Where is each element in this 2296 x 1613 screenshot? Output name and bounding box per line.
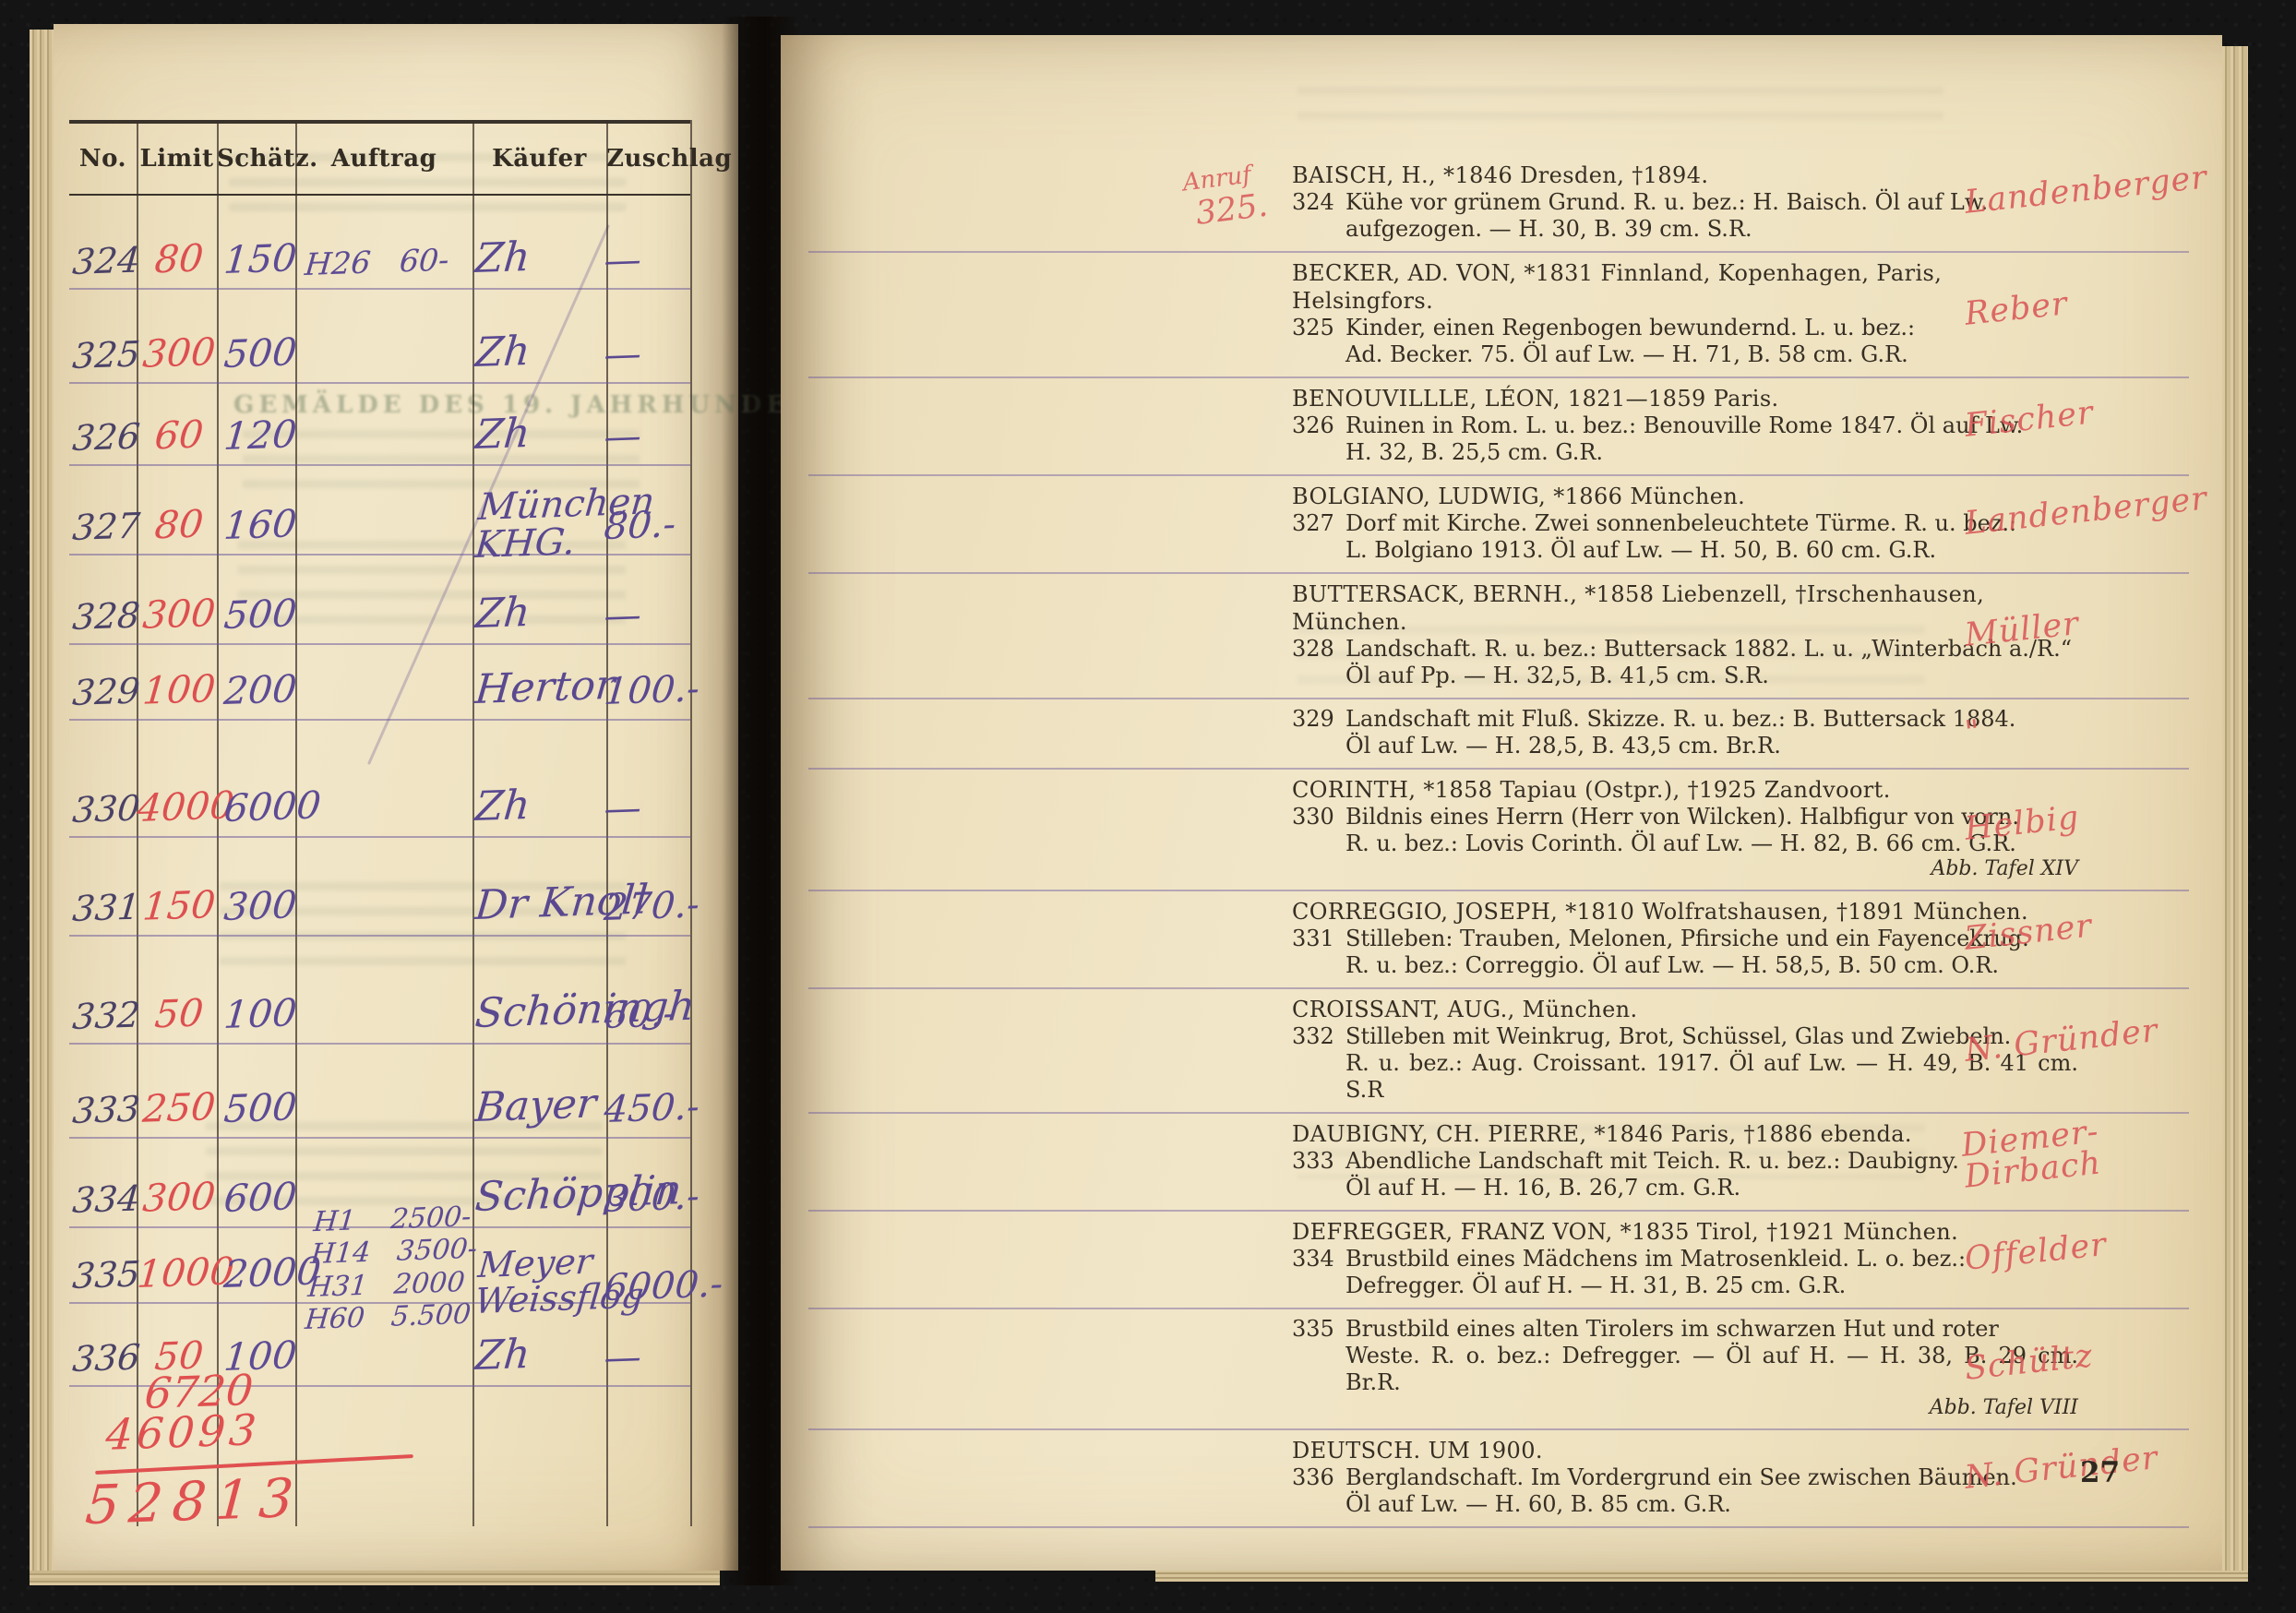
- hammer-price: —: [603, 240, 699, 281]
- entry-body: 334 Brustbild eines Mädchens im Matrosen…: [1292, 1246, 2078, 1299]
- artist-heading: BAISCH, H., *1846 Dresden, †1894.: [1292, 161, 2078, 189]
- column-header-no: No.: [69, 145, 137, 173]
- hammer-price: 300.-: [603, 1178, 699, 1219]
- lot-number: 334: [71, 1181, 139, 1219]
- hammer-price: —: [603, 595, 699, 636]
- estimate-value: 500: [222, 594, 311, 636]
- estimate-value: 6000: [222, 787, 311, 829]
- limit-value: 250: [136, 1088, 222, 1129]
- hammer-price: —: [603, 1337, 699, 1378]
- limit-value: 50: [136, 994, 222, 1035]
- estimate-value: 150: [222, 239, 311, 281]
- book-scan: GEMÄLDE DES 19. JAHRHUNDERTS No. Limit S…: [0, 0, 2296, 1613]
- column-header-limit: Limit: [137, 145, 217, 173]
- estimate-value: 300: [222, 886, 311, 927]
- order-note: [304, 629, 489, 636]
- limit-value: 150: [136, 886, 222, 927]
- artist-heading: DEFREGGER, FRANZ VON, *1835 Tirol, †1921…: [1292, 1218, 2078, 1246]
- lot-number: 333: [71, 1092, 139, 1129]
- lot-number: 335: [71, 1257, 139, 1295]
- order-note: [304, 822, 489, 829]
- ledger-row: 332 50 100 Schöningh 60.-: [69, 937, 690, 1045]
- artist-heading: BUTTERSACK, BERNH., *1858 Liebenzell, †I…: [1292, 580, 2078, 636]
- limit-value: 1000: [136, 1253, 222, 1295]
- estimate-value: 500: [222, 333, 311, 375]
- page-number: 27: [2080, 1456, 2120, 1489]
- hammer-price: —: [603, 788, 699, 829]
- ledger-row: 330 4000 6000 Zh —: [69, 721, 690, 838]
- catalog-page: Anruf 325. BAISCH, H., *1846 Dresden, †1…: [781, 35, 2222, 1571]
- entry-body: 336 Berglandschaft. Im Vordergrund ein S…: [1292, 1464, 2078, 1518]
- limit-value: 100: [136, 670, 222, 711]
- red-margin-note: ": [1963, 692, 2209, 749]
- order-note: [304, 540, 489, 546]
- artist-heading: CORREGGIO, JOSEPH, *1810 Wolfratshausen,…: [1292, 898, 2078, 926]
- red-margin-note: Diemer- Dirbach: [1960, 1105, 2210, 1193]
- hammer-price: 450.-: [603, 1089, 699, 1129]
- plate-reference: Abb. Tafel XIV: [1292, 857, 2110, 881]
- ledger-row: 327 80 160 München KHG. 80.-: [69, 466, 690, 556]
- catalog-entry: BENOUVILLLE, LÉON, 1821—1859 Paris. 326 …: [808, 378, 2189, 476]
- entry-body: 332 Stilleben mit Weinkrug, Brot, Schüss…: [1292, 1023, 2078, 1104]
- order-note: H26 60-: [304, 243, 492, 281]
- order-note: [304, 368, 489, 375]
- bleed-through-text: [1297, 87, 1943, 131]
- limit-value: 60: [136, 415, 222, 457]
- limit-value: 300: [136, 333, 222, 375]
- entry-lot-number: 330: [1292, 804, 1345, 857]
- entry-lot-number: 326: [1292, 412, 1345, 466]
- entry-lot-number: 336: [1292, 1464, 1345, 1518]
- hammer-price: 270.-: [603, 887, 699, 927]
- entry-body: 324 Kühe vor grünem Grund. R. u. bez.: H…: [1292, 189, 2078, 243]
- ledger-row: 331 150 300 Dr Knoll 270.-: [69, 838, 690, 937]
- entry-lot-number: 331: [1292, 926, 1345, 979]
- entry-body: 325 Kinder, einen Regenbogen bewundernd.…: [1292, 315, 2078, 368]
- estimate-value: 600: [222, 1177, 311, 1219]
- column-header-zuschlag: Zuschlag: [606, 145, 690, 173]
- entry-lot-number: 332: [1292, 1023, 1345, 1104]
- ledger-row: 326 60 120 Zh —: [69, 384, 690, 466]
- plate-reference: Abb. Tafel VIII: [1292, 1396, 2110, 1420]
- entry-body: 333 Abendliche Landschaft mit Teich. R. …: [1292, 1148, 2078, 1201]
- hammer-price: 60.-: [603, 995, 699, 1035]
- limit-value: 80: [136, 505, 222, 546]
- ledger-row: 328 300 500 Zh —: [69, 556, 690, 645]
- entry-lot-number: 329: [1292, 706, 1345, 759]
- ledger-table-header: No. Limit Schätz. Auftrag Käufer Zuschla…: [69, 120, 690, 196]
- limit-value: 80: [136, 239, 222, 281]
- entry-body: 330 Bildnis eines Herrn (Herr von Wilcke…: [1292, 804, 2078, 857]
- lot-number: 331: [71, 890, 139, 927]
- ledger-row: 333 250 500 Bayer 450.-: [69, 1045, 690, 1139]
- ledger-page: GEMÄLDE DES 19. JAHRHUNDERTS No. Limit S…: [54, 24, 738, 1571]
- lot-number: 330: [71, 791, 139, 829]
- catalog-entry: DAUBIGNY, CH. PIERRE, *1846 Paris, †1886…: [808, 1114, 2189, 1212]
- lot-number: 329: [71, 674, 139, 711]
- column-header-kaeufer: Käufer: [472, 145, 606, 173]
- lot-number: 327: [71, 508, 139, 546]
- order-note: [304, 1029, 489, 1035]
- entry-body: 328 Landschaft. R. u. bez.: Buttersack 1…: [1292, 636, 2078, 689]
- catalog-entry: CORREGGIO, JOSEPH, *1810 Wolfratshausen,…: [808, 891, 2189, 989]
- catalog-entry: BECKER, AD. VON, *1831 Finnland, Kopenha…: [808, 253, 2189, 378]
- catalog-entry: DEFREGGER, FRANZ VON, *1835 Tirol, †1921…: [808, 1212, 2189, 1309]
- entry-lot-number: 325: [1292, 315, 1345, 368]
- limit-value: 300: [136, 594, 222, 636]
- lot-number: 328: [71, 598, 139, 636]
- lot-number: 326: [71, 419, 139, 457]
- lot-number: 325: [71, 337, 139, 375]
- artist-heading: CROISSANT, AUG., München.: [1292, 996, 2078, 1023]
- lot-number: 332: [71, 998, 139, 1035]
- artist-heading: BENOUVILLLE, LÉON, 1821—1859 Paris.: [1292, 385, 2078, 412]
- catalog-entry: BOLGIANO, LUDWIG, *1866 München. 327 Dor…: [808, 476, 2189, 574]
- entry-body: 326 Ruinen in Rom. L. u. bez.: Benouvill…: [1292, 412, 2078, 466]
- artist-heading: BECKER, AD. VON, *1831 Finnland, Kopenha…: [1292, 259, 2078, 315]
- catalog-entries: BAISCH, H., *1846 Dresden, †1894. 324 Kü…: [808, 155, 2189, 1528]
- lot-number: 324: [71, 243, 139, 281]
- estimate-value: 120: [222, 415, 311, 457]
- subtotal-value: 46093: [104, 1404, 262, 1460]
- artist-heading: DEUTSCH. UM 1900.: [1292, 1437, 2078, 1464]
- order-note: [304, 705, 489, 711]
- catalog-entry: 329 Landschaft mit Fluß. Skizze. R. u. b…: [808, 699, 2189, 770]
- hammer-price: —: [603, 334, 699, 375]
- limit-value: 300: [136, 1177, 222, 1219]
- catalog-entry: CROISSANT, AUG., München. 332 Stilleben …: [808, 989, 2189, 1114]
- entry-body: 327 Dorf mit Kirche. Zwei sonnenbeleucht…: [1292, 510, 2078, 564]
- estimate-value: 160: [222, 505, 311, 546]
- artist-heading: BOLGIANO, LUDWIG, *1866 München.: [1292, 483, 2078, 510]
- entry-lot-number: 335: [1292, 1316, 1345, 1396]
- hammer-price: —: [603, 416, 699, 457]
- ledger-row: 325 300 500 Zh —: [69, 290, 690, 384]
- entry-body: 335 Brustbild eines alten Tirolers im sc…: [1292, 1316, 2078, 1396]
- catalog-entry: BAISCH, H., *1846 Dresden, †1894. 324 Kü…: [808, 155, 2189, 253]
- artist-heading: CORINTH, *1858 Tapiau (Ostpr.), †1925 Za…: [1292, 776, 2078, 804]
- entry-body: 331 Stilleben: Trauben, Melonen, Pfirsic…: [1292, 926, 2078, 979]
- hammer-price: 6000.-: [603, 1267, 699, 1308]
- order-note: [304, 450, 489, 457]
- estimate-value: 100: [222, 994, 311, 1035]
- catalog-entry: BUTTERSACK, BERNH., *1858 Liebenzell, †I…: [808, 574, 2189, 699]
- order-note: [304, 921, 489, 927]
- entry-body: 329 Landschaft mit Fluß. Skizze. R. u. b…: [1292, 706, 2078, 759]
- entry-lot-number: 334: [1292, 1246, 1345, 1299]
- hammer-price: 100.-: [603, 671, 699, 711]
- entry-lot-number: 327: [1292, 510, 1345, 564]
- estimate-value: 500: [222, 1088, 311, 1129]
- column-header-auftrag: Auftrag: [295, 145, 472, 173]
- catalog-entry: DEUTSCH. UM 1900. 336 Berglandschaft. Im…: [808, 1430, 2189, 1528]
- ledger-row: 335 1000 2000 H1 2500- H14 3500- H31 200…: [69, 1228, 690, 1304]
- catalog-entry: 335 Brustbild eines alten Tirolers im sc…: [808, 1309, 2189, 1430]
- grand-total-value: 52813: [83, 1466, 305, 1536]
- order-note: [304, 1371, 489, 1378]
- lot-number: 336: [71, 1340, 139, 1378]
- entry-lot-number: 328: [1292, 636, 1345, 689]
- estimate-value: 200: [222, 670, 311, 711]
- entry-lot-number: 333: [1292, 1148, 1345, 1201]
- entry-lot-number: 324: [1292, 189, 1345, 243]
- order-note: [304, 1123, 489, 1129]
- hammer-price: 80.-: [603, 506, 699, 546]
- ledger-row: 329 100 200 Hertor 100.-: [69, 645, 690, 721]
- ledger-rows: 324 80 150 H26 60- Zh — 325 300 500 Zh —…: [69, 188, 690, 1387]
- catalog-entry: CORINTH, *1858 Tapiau (Ostpr.), †1925 Za…: [808, 770, 2189, 891]
- column-header-schaetz: Schätz.: [217, 145, 295, 173]
- estimate-value: 2000: [222, 1253, 311, 1295]
- ledger-row: 324 80 150 H26 60- Zh —: [69, 188, 690, 290]
- limit-value: 4000: [136, 787, 222, 829]
